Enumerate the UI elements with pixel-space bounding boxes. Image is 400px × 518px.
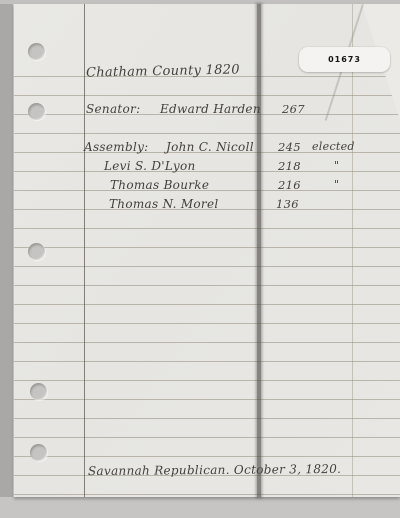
citation-row: Savannah Republican. October 3, 1820. xyxy=(14,463,400,479)
senator-votes: 267 xyxy=(282,102,305,116)
candidate-votes: 245 xyxy=(278,140,301,154)
candidate-name: Thomas Bourke xyxy=(110,178,209,192)
punch-hole xyxy=(28,103,45,120)
notebook-page: Chatham County 1820 Senator: Edward Hard… xyxy=(14,4,400,497)
candidate-votes: 216 xyxy=(278,178,301,192)
candidate-votes: 136 xyxy=(276,197,299,211)
senator-row: Senator: Edward Harden 267 xyxy=(14,102,400,118)
candidate-note-ditto: " xyxy=(334,159,339,172)
assembly-row: Thomas Bourke 216 " xyxy=(14,178,400,194)
punch-hole xyxy=(30,444,47,461)
candidate-note-ditto: " xyxy=(334,178,339,191)
punch-hole xyxy=(30,383,47,400)
ruled-lines xyxy=(14,58,400,496)
punch-hole xyxy=(28,243,45,260)
page-title: Chatham County 1820 xyxy=(86,62,240,80)
scan-background-bottom xyxy=(0,497,400,518)
scanned-document: Chatham County 1820 Senator: Edward Hard… xyxy=(0,0,400,518)
senator-name: Edward Harden xyxy=(160,102,261,116)
candidate-note: elected xyxy=(312,140,355,153)
candidate-votes: 218 xyxy=(278,159,301,173)
assembly-row: Thomas N. Morel 136 xyxy=(14,197,400,213)
punch-hole xyxy=(28,43,45,60)
senator-office-label: Senator: xyxy=(86,102,140,116)
assembly-office-label: Assembly: xyxy=(84,140,149,154)
archive-number-sticker: 01673 xyxy=(299,47,390,72)
assembly-row: Assembly: John C. Nicoll 245 elected xyxy=(14,140,400,156)
assembly-row: Levi S. D'Lyon 218 " xyxy=(14,159,400,175)
candidate-name: Levi S. D'Lyon xyxy=(104,159,196,173)
candidate-name: John C. Nicoll xyxy=(166,140,254,154)
source-citation: Savannah Republican. October 3, 1820. xyxy=(88,462,341,478)
archive-number: 01673 xyxy=(328,55,361,64)
candidate-name: Thomas N. Morel xyxy=(109,197,219,211)
